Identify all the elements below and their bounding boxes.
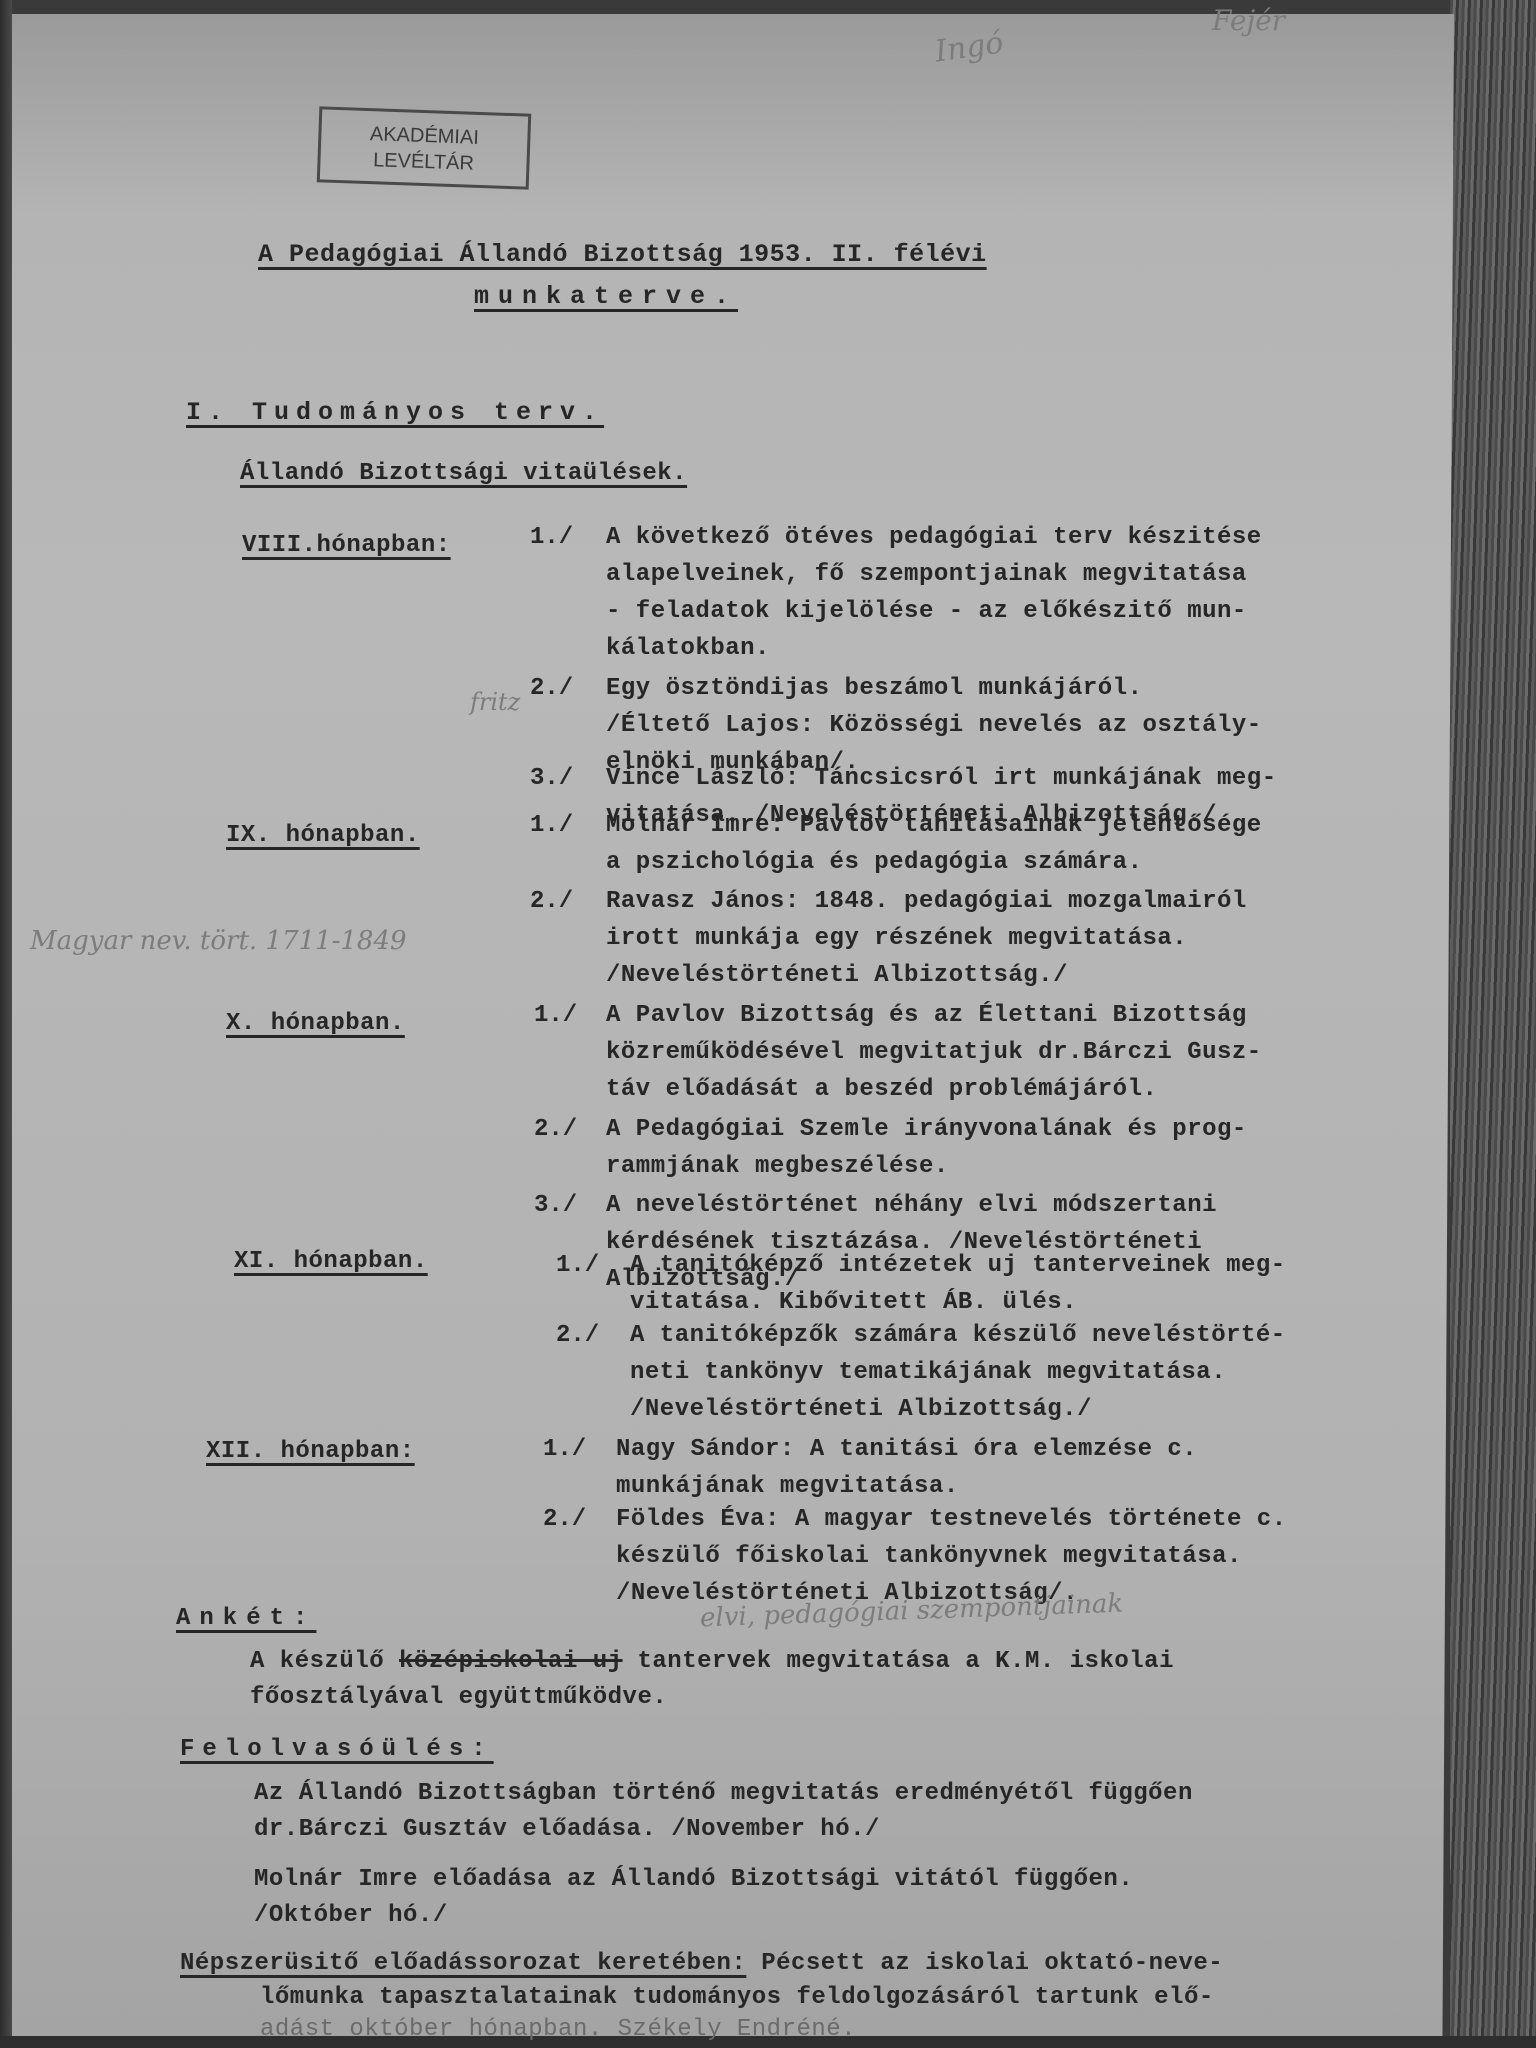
item-line: neti tankönyv tematikájának megvitatása.	[630, 1359, 1226, 1386]
item-line: alapelveinek, fő szempontjainak megvitat…	[606, 561, 1247, 588]
item-line: Molnár Imre: Pavlov tanitásainak jelentő…	[606, 812, 1262, 839]
margin-note-fritz: fritz	[470, 688, 520, 716]
item-number: 2./	[534, 1116, 577, 1143]
item-line: rammjának megbeszélése.	[606, 1153, 949, 1180]
item-line: /Neveléstörténeti Albizottság./	[606, 962, 1068, 989]
item-number: 3./	[530, 765, 573, 792]
anket-line-2: főosztályával együttműködve.	[250, 1684, 667, 1711]
item-line: táv előadását a beszéd problémájáról.	[606, 1076, 1157, 1103]
month-label: IX. hónapban.	[226, 822, 420, 849]
item-number: 2./	[530, 888, 573, 915]
item-line: A tanitóképzők számára készülő neveléstö…	[630, 1322, 1286, 1349]
title-line-1: A Pedagógiai Állandó Bizottság 1953. II.…	[258, 240, 987, 269]
anket-struck-text: középiskolai uj	[399, 1648, 623, 1675]
item-number: 1./	[530, 524, 573, 551]
item-number: 1./	[556, 1252, 599, 1279]
item-line: A neveléstörténet néhány elvi módszertan…	[606, 1192, 1217, 1219]
item-line: Ravasz János: 1848. pedagógiai mozgalmai…	[606, 888, 1247, 915]
item-line: a pszichológia és pedagógia számára.	[606, 849, 1142, 876]
item-line: A Pedagógiai Szemle irányvonalának és pr…	[606, 1116, 1247, 1143]
felolvaso-p1-line-1: Az Állandó Bizottságban történő megvitat…	[254, 1780, 1193, 1807]
item-line: /Éltető Lajos: Közösségi nevelés az oszt…	[606, 712, 1262, 739]
anket-text-b: tantervek megvitatása a K.M. iskolai	[623, 1648, 1174, 1675]
item-line: /Neveléstörténeti Albizottság./	[630, 1396, 1092, 1423]
nepszerusito-heading: Népszerüsitő előadássorozat keretében:	[180, 1950, 746, 1977]
item-line: A Pavlov Bizottság és az Élettani Bizott…	[606, 1002, 1247, 1029]
item-line: közreműködésével megvitatjuk dr.Bárczi G…	[606, 1039, 1262, 1066]
nepszerusito-line-3: adást október hónapban. Székely Endréné.	[260, 2016, 856, 2043]
section-subheading: Állandó Bizottsági vitaülések.	[240, 460, 687, 487]
item-number: 2./	[530, 675, 573, 702]
item-line: kálatokban.	[606, 635, 770, 662]
item-line: Vince László: Táncsicsról irt munkájának…	[606, 765, 1277, 792]
item-line: készülő főiskolai tankönyvnek megvitatás…	[616, 1543, 1242, 1570]
margin-note-magyar: Magyar nev. tört. 1711-1849	[30, 926, 407, 956]
title-line-2: munkaterve.	[474, 282, 738, 311]
item-line: irott munkája egy részének megvitatása.	[606, 925, 1187, 952]
item-line: vitatása. Kibővitett ÁB. ülés.	[630, 1289, 1077, 1316]
felolvaso-p2-line-1: Molnár Imre előadása az Állandó Bizottsá…	[254, 1866, 1133, 1893]
item-number: 2./	[543, 1506, 586, 1533]
felolvaso-heading: Felolvasóülés:	[180, 1736, 494, 1763]
section-heading: I. Tudományos terv.	[186, 398, 604, 427]
anket-heading: Ankét:	[176, 1605, 316, 1632]
anket-text-a: A készülő	[250, 1648, 399, 1675]
item-number: 2./	[556, 1322, 599, 1349]
month-label: XII. hónapban:	[206, 1438, 415, 1465]
felolvaso-p2-line-2: /Október hó./	[254, 1902, 448, 1929]
item-line: Földes Éva: A magyar testnevelés történe…	[616, 1506, 1287, 1533]
wood-backdrop	[1450, 0, 1536, 2048]
month-label: X. hónapban.	[226, 1010, 405, 1037]
margin-note-top-2: Fejér	[1212, 4, 1285, 37]
item-line: Nagy Sándor: A tanitási óra elemzése c.	[616, 1436, 1197, 1463]
item-line: munkájának megvitatása.	[616, 1473, 959, 1500]
item-number: 3./	[534, 1192, 577, 1219]
item-number: 1./	[543, 1436, 586, 1463]
anket-line-1: A készülő középiskolai uj tantervek megv…	[250, 1648, 1174, 1675]
item-line: Egy ösztöndijas beszámol munkájáról.	[606, 675, 1142, 702]
item-number: 1./	[534, 1002, 577, 1029]
item-line: - feladatok kijelölése - az előkészitő m…	[606, 598, 1247, 625]
backdrop-left	[0, 0, 12, 2048]
nepszerusito-line-2: lőmunka tapasztalatainak tudományos feld…	[260, 1984, 1214, 2011]
nepszerusito-text: Pécsett az iskolai oktató-neve-	[746, 1950, 1223, 1977]
month-label: VIII.hónapban:	[242, 532, 451, 559]
nepszerusito-line-1: Népszerüsitő előadássorozat keretében: P…	[180, 1950, 1223, 1977]
item-number: 1./	[530, 812, 573, 839]
felolvaso-p1-line-2: dr.Bárczi Gusztáv előadása. /November hó…	[254, 1816, 880, 1843]
item-line: A következő ötéves pedagógiai terv készi…	[606, 524, 1262, 551]
item-line: A tanitóképző intézetek uj tanterveinek …	[630, 1252, 1286, 1279]
month-label: XI. hónapban.	[234, 1248, 428, 1275]
archive-stamp: AKADÉMIAI LEVÉLTÁR	[317, 106, 532, 189]
